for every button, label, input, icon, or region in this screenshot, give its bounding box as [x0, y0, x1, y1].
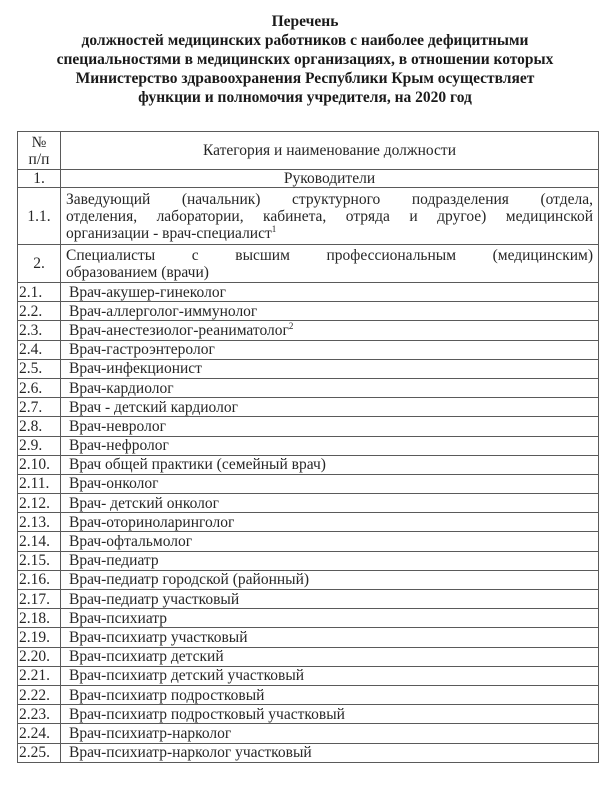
row-number: 2.8. [18, 417, 61, 436]
table-row: 2.7.Врач - детский кардиолог [18, 398, 599, 417]
row-number: 2.7. [18, 398, 61, 417]
position-name-cell: Врач-оториноларинголог [61, 513, 599, 532]
position-name-cell: Врач-аллерголог-иммунолог [61, 302, 599, 321]
row-number: 2.17. [18, 590, 61, 609]
description-text: организации - врач-специалист [66, 225, 272, 242]
footnote-marker: 1 [272, 224, 277, 234]
section-row-managers: 1. Руководители [18, 170, 599, 188]
position-name-cell: Врач-психиатр-нарколог [61, 724, 599, 743]
header-name-cell: Категория и наименование должности [61, 132, 599, 170]
position-name-cell: Врач-психиатр детский [61, 647, 599, 666]
position-name-cell: Врач-анестезиолог-реаниматолог2 [61, 321, 599, 340]
table-row: 2.23.Врач-психиатр подростковый участков… [18, 705, 599, 724]
table-row: 2.8.Врач-невролог [18, 417, 599, 436]
row-number: 2.3. [18, 321, 61, 340]
header-number-symbol: № [23, 134, 55, 151]
row-number: 2.22. [18, 685, 61, 704]
position-name: Врач-невролог [69, 418, 166, 435]
position-name: Врач-психиатр участковый [69, 629, 248, 646]
position-name-cell: Врач-психиатр детский участковый [61, 666, 599, 685]
row-number: 2.25. [18, 743, 61, 762]
position-name-cell: Врач-психиатр-нарколог участковый [61, 743, 599, 762]
row-number: 2.20. [18, 647, 61, 666]
title-line: функции и полномочия учредителя, на 2020… [0, 88, 610, 107]
position-name: Врач-офтальмолог [69, 533, 192, 550]
position-name: Врач-акушер-гинеколог [69, 284, 226, 301]
table-row: 2.22.Врач-психиатр подростковый [18, 685, 599, 704]
position-name: Врач-психиатр-нарколог участковый [69, 744, 312, 761]
header-number-cell: № п/п [18, 132, 61, 170]
position-name-cell: Врач-психиатр [61, 609, 599, 628]
row-number: 2.24. [18, 724, 61, 743]
description-line: образованием (врачи) [66, 264, 209, 281]
position-name-cell: Врач-офтальмолог [61, 532, 599, 551]
section-number: 1. [18, 170, 61, 188]
position-name-cell: Врач-педиатр участковый [61, 590, 599, 609]
position-name: Врач-оториноларинголог [69, 514, 234, 531]
description-line: отделения, лаборатории, кабинета, отряда… [66, 208, 593, 225]
description-line: организации - врач-специалист1 [66, 225, 276, 242]
position-name: Врач-психиатр-нарколог [69, 725, 231, 742]
position-name: Врач-педиатр [69, 552, 159, 569]
row-number: 2.23. [18, 705, 61, 724]
title-line: Министерство здравоохранения Республики … [0, 69, 610, 88]
section-row-head-of-unit: 1.1. Заведующий (начальник) структурного… [18, 188, 599, 245]
row-number: 2.6. [18, 378, 61, 397]
section-number: 2. [18, 245, 61, 283]
table-row: 2.14.Врач-офтальмолог [18, 532, 599, 551]
position-name: Врач-психиатр подростковый [69, 687, 264, 704]
position-name-cell: Врач-невролог [61, 417, 599, 436]
section-number: 1.1. [18, 188, 61, 245]
position-name-cell: Врач-психиатр подростковый участковый [61, 705, 599, 724]
table-row: 2.20.Врач-психиатр детский [18, 647, 599, 666]
row-number: 2.18. [18, 609, 61, 628]
title-line: Перечень [0, 12, 610, 31]
footnote-marker: 2 [289, 321, 294, 331]
table-row: 2.12.Врач- детский онколог [18, 494, 599, 513]
position-name: Врач-онколог [69, 475, 158, 492]
description-line: Заведующий (начальник) структурного подр… [66, 191, 593, 208]
position-name-cell: Врач-психиатр подростковый [61, 685, 599, 704]
position-name-cell: Врач-онколог [61, 474, 599, 493]
position-name-cell: Врач-кардиолог [61, 378, 599, 397]
position-name-cell: Врач-нефролог [61, 436, 599, 455]
title-line: должностей медицинских работников с наиб… [0, 31, 610, 50]
description-line: Специалисты с высшим профессиональным (м… [66, 247, 593, 264]
position-name: Врач-гастроэнтеролог [69, 341, 215, 358]
table-row: 2.9.Врач-нефролог [18, 436, 599, 455]
section-description: Специалисты с высшим профессиональным (м… [61, 245, 599, 283]
position-name: Врач-педиатр городской (районный) [69, 571, 309, 588]
position-name: Врач- детский онколог [69, 495, 219, 512]
table-row: 2.13.Врач-оториноларинголог [18, 513, 599, 532]
position-name: Врач-анестезиолог-реаниматолог [69, 322, 289, 339]
position-name-cell: Врач-акушер-гинеколог [61, 283, 599, 302]
table-row: 2.2.Врач-аллерголог-иммунолог [18, 302, 599, 321]
row-number: 2.16. [18, 570, 61, 589]
position-name: Врач-психиатр [69, 610, 167, 627]
row-number: 2.11. [18, 474, 61, 493]
position-name-cell: Врач-гастроэнтеролог [61, 340, 599, 359]
position-name: Врач-психиатр детский [69, 648, 224, 665]
position-name-cell: Врач общей практики (семейный врач) [61, 455, 599, 474]
row-number: 2.21. [18, 666, 61, 685]
table-row: 2.17.Врач-педиатр участковый [18, 590, 599, 609]
table-row: 2.24.Врач-психиатр-нарколог [18, 724, 599, 743]
row-number: 2.12. [18, 494, 61, 513]
table-row: 2.11.Врач-онколог [18, 474, 599, 493]
table-row: 2.3.Врач-анестезиолог-реаниматолог2 [18, 321, 599, 340]
table-row: 2.19.Врач-психиатр участковый [18, 628, 599, 647]
row-number: 2.15. [18, 551, 61, 570]
position-name: Врач-педиатр участковый [69, 591, 239, 608]
row-number: 2.1. [18, 283, 61, 302]
document-title: Перечень должностей медицинских работник… [0, 12, 610, 107]
position-name: Врач-аллерголог-иммунолог [69, 303, 257, 320]
table-row: 2.18.Врач-психиатр [18, 609, 599, 628]
position-name: Врач-инфекционист [69, 360, 202, 377]
row-number: 2.10. [18, 455, 61, 474]
position-name-cell: Врач-педиатр городской (районный) [61, 570, 599, 589]
positions-table: № п/п Категория и наименование должности… [17, 131, 599, 763]
table-row: 2.1.Врач-акушер-гинеколог [18, 283, 599, 302]
position-name: Врач - детский кардиолог [69, 399, 238, 416]
table-header-row: № п/п Категория и наименование должности [18, 132, 599, 170]
title-line: специальностями в медицинских организаци… [0, 50, 610, 69]
row-number: 2.4. [18, 340, 61, 359]
header-number-abbr: п/п [23, 151, 55, 168]
table-row: 2.5.Врач-инфекционист [18, 359, 599, 378]
position-name-cell: Врач-психиатр участковый [61, 628, 599, 647]
table-row: 2.10.Врач общей практики (семейный врач) [18, 455, 599, 474]
table-row: 2.15.Врач-педиатр [18, 551, 599, 570]
row-number: 2.9. [18, 436, 61, 455]
position-name-cell: Врач - детский кардиолог [61, 398, 599, 417]
position-name: Врач общей практики (семейный врач) [69, 456, 326, 473]
position-name-cell: Врач-педиатр [61, 551, 599, 570]
table-row: 2.25.Врач-психиатр-нарколог участковый [18, 743, 599, 762]
position-name: Врач-психиатр подростковый участковый [69, 706, 345, 723]
table-row: 2.21.Врач-психиатр детский участковый [18, 666, 599, 685]
table-row: 2.16.Врач-педиатр городской (районный) [18, 570, 599, 589]
table-row: 2.4.Врач-гастроэнтеролог [18, 340, 599, 359]
section-row-doctors: 2. Специалисты с высшим профессиональным… [18, 245, 599, 283]
position-name-cell: Врач-инфекционист [61, 359, 599, 378]
row-number: 2.2. [18, 302, 61, 321]
table-row: 2.6.Врач-кардиолог [18, 378, 599, 397]
section-description: Заведующий (начальник) структурного подр… [61, 188, 599, 245]
row-number: 2.14. [18, 532, 61, 551]
position-name: Врач-психиатр детский участковый [69, 667, 304, 684]
row-number: 2.19. [18, 628, 61, 647]
section-title: Руководители [61, 170, 599, 188]
position-name: Врач-кардиолог [69, 380, 174, 397]
row-number: 2.5. [18, 359, 61, 378]
position-name: Врач-нефролог [69, 437, 169, 454]
row-number: 2.13. [18, 513, 61, 532]
position-name-cell: Врач- детский онколог [61, 494, 599, 513]
